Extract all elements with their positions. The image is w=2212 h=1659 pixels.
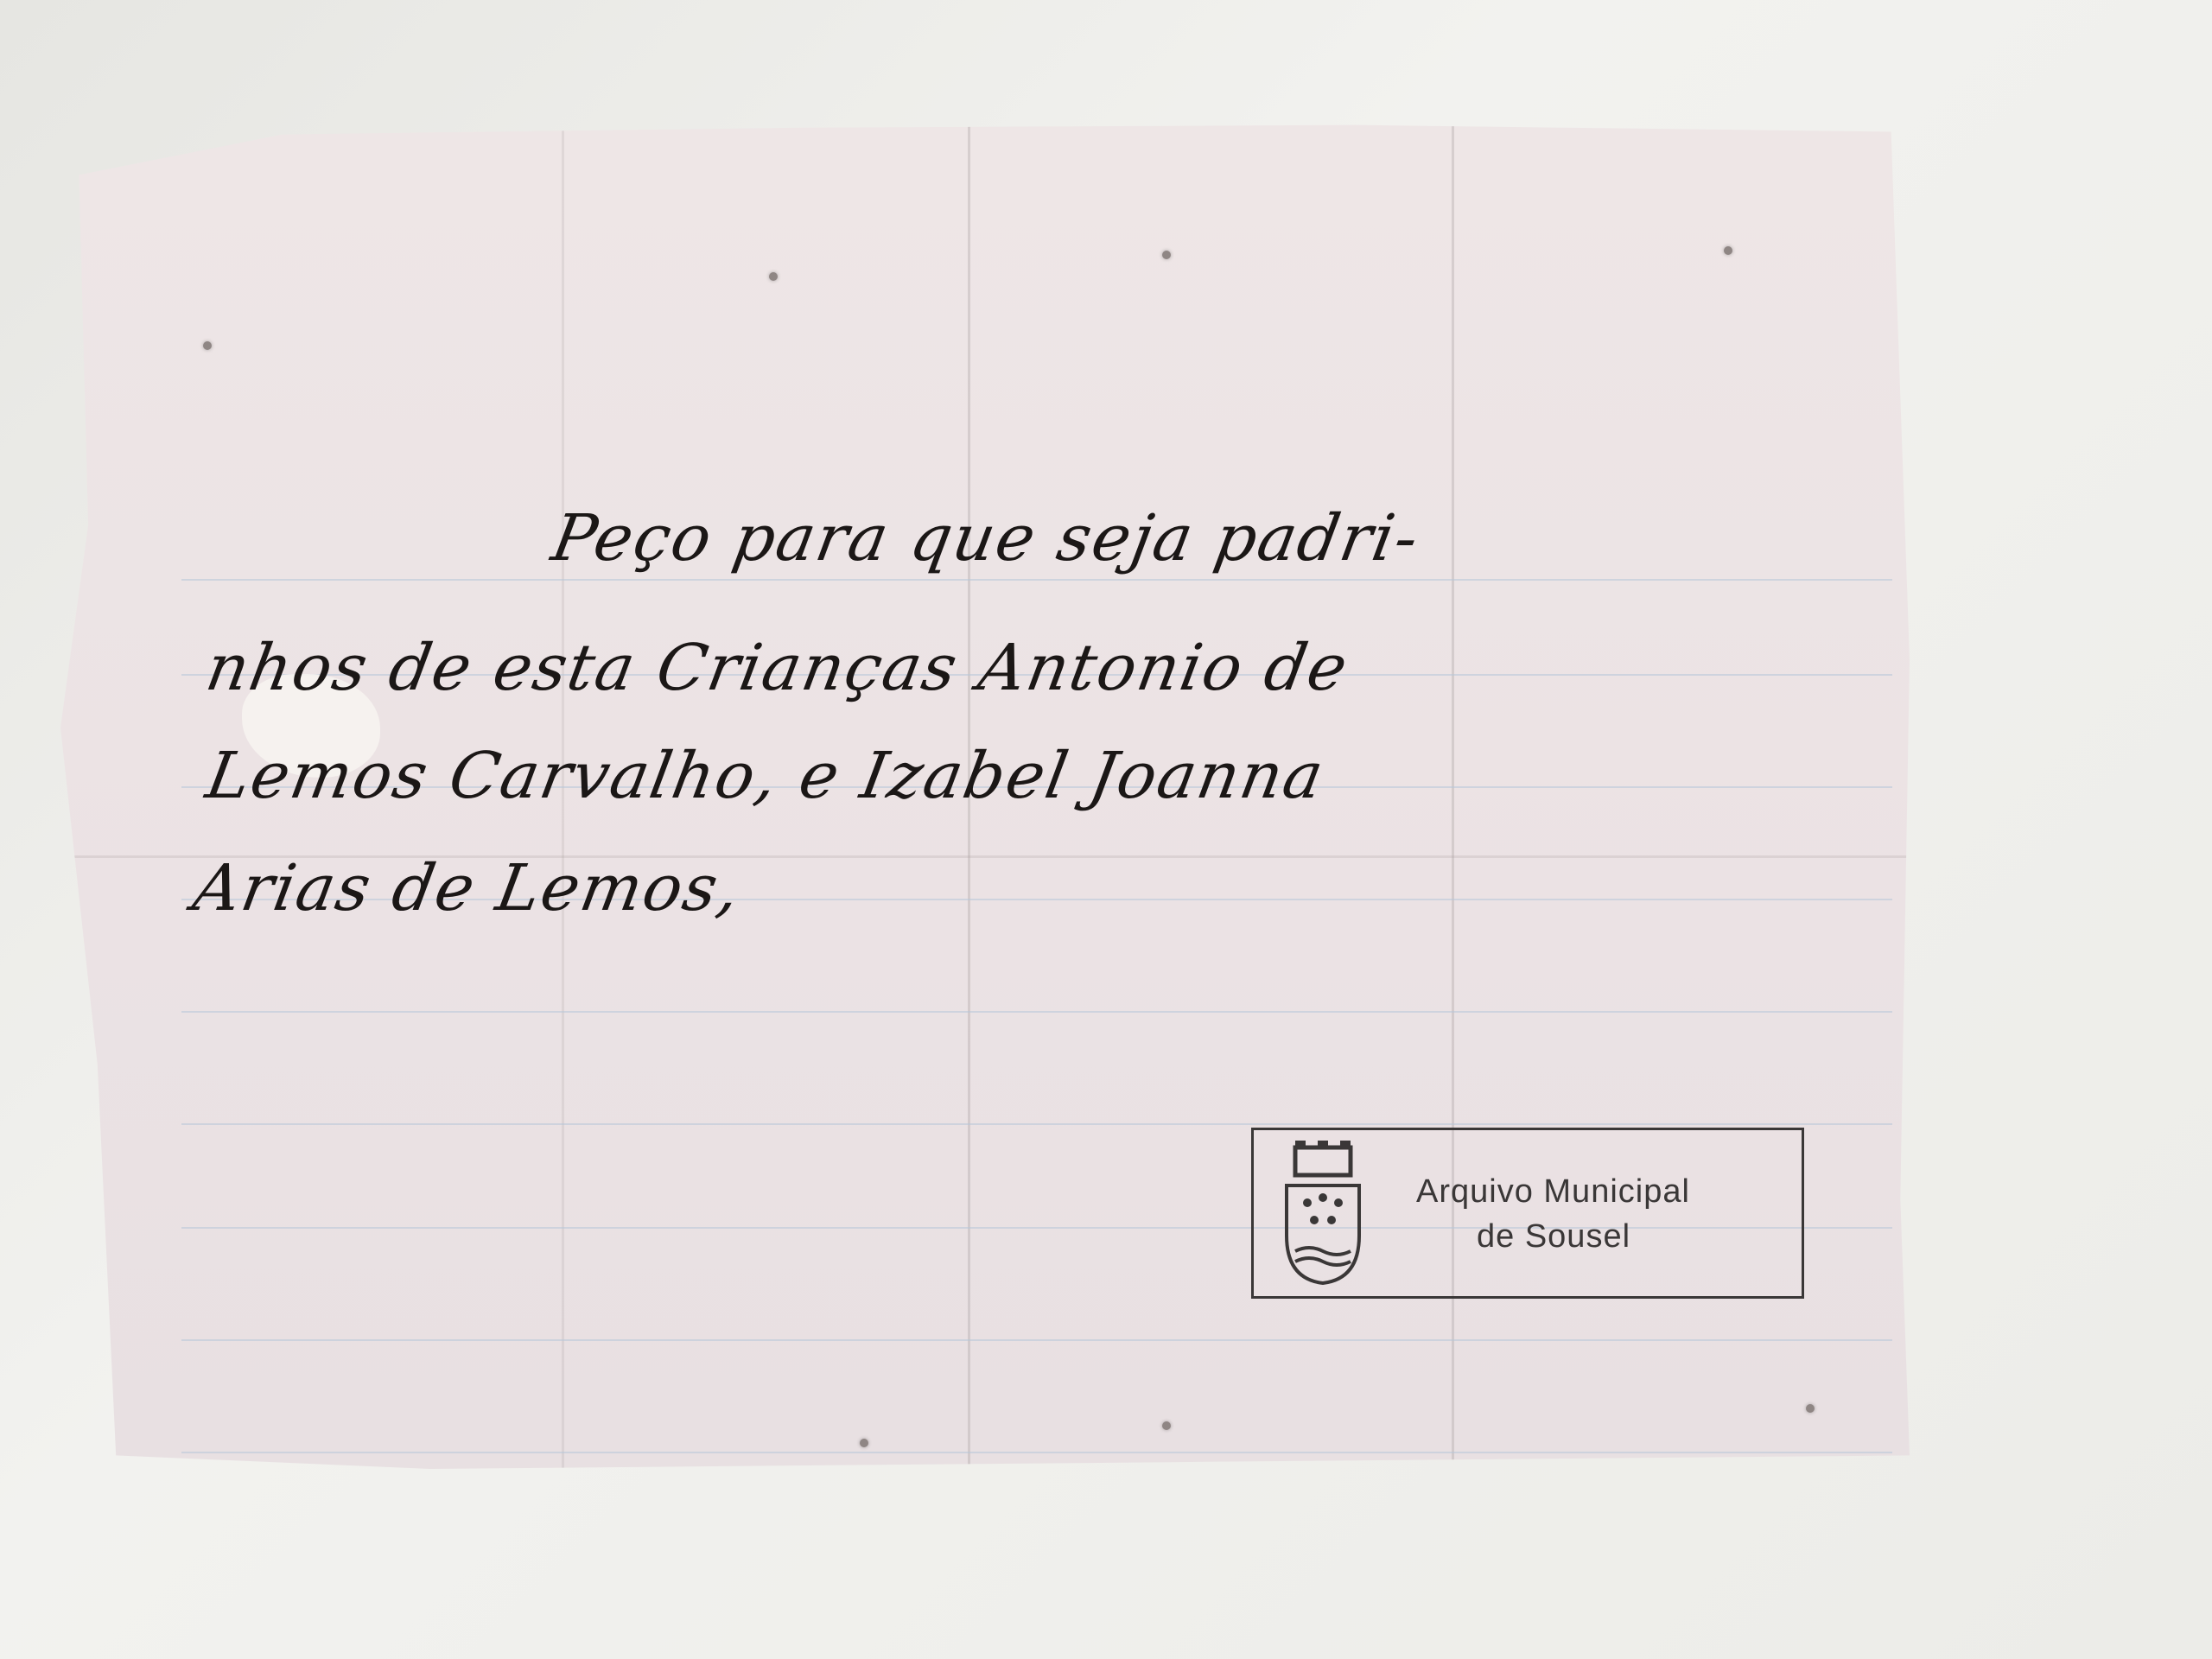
stamp-text-line-1: Arquivo Municipal	[1416, 1173, 1690, 1211]
ruled-line	[181, 1339, 1892, 1341]
handwritten-line-3: Lemos Carvalho, e Izabel Joanna	[200, 739, 1330, 813]
pin-hole	[860, 1439, 868, 1447]
ruled-line	[181, 1452, 1892, 1453]
pin-hole	[769, 272, 778, 281]
handwritten-line-1: Peço para que seja padri-	[546, 501, 1425, 575]
handwritten-line-2: nhos de esta Crianças Antonio de	[200, 631, 1354, 705]
stamp-text-line-2: de Sousel	[1477, 1218, 1630, 1255]
ruled-line	[181, 579, 1892, 581]
municipal-coat-of-arms-icon	[1271, 1141, 1375, 1287]
ruled-line	[181, 1123, 1892, 1125]
pin-hole	[1724, 246, 1732, 255]
pin-hole	[1806, 1404, 1815, 1413]
handwritten-line-4: Arias de Lemos,	[188, 851, 747, 925]
pin-hole	[203, 341, 212, 350]
pin-hole	[1162, 1421, 1171, 1430]
ruled-line	[181, 1011, 1892, 1013]
pin-hole	[1162, 251, 1171, 259]
archive-stamp: Arquivo Municipal de Sousel	[1251, 1128, 1804, 1299]
